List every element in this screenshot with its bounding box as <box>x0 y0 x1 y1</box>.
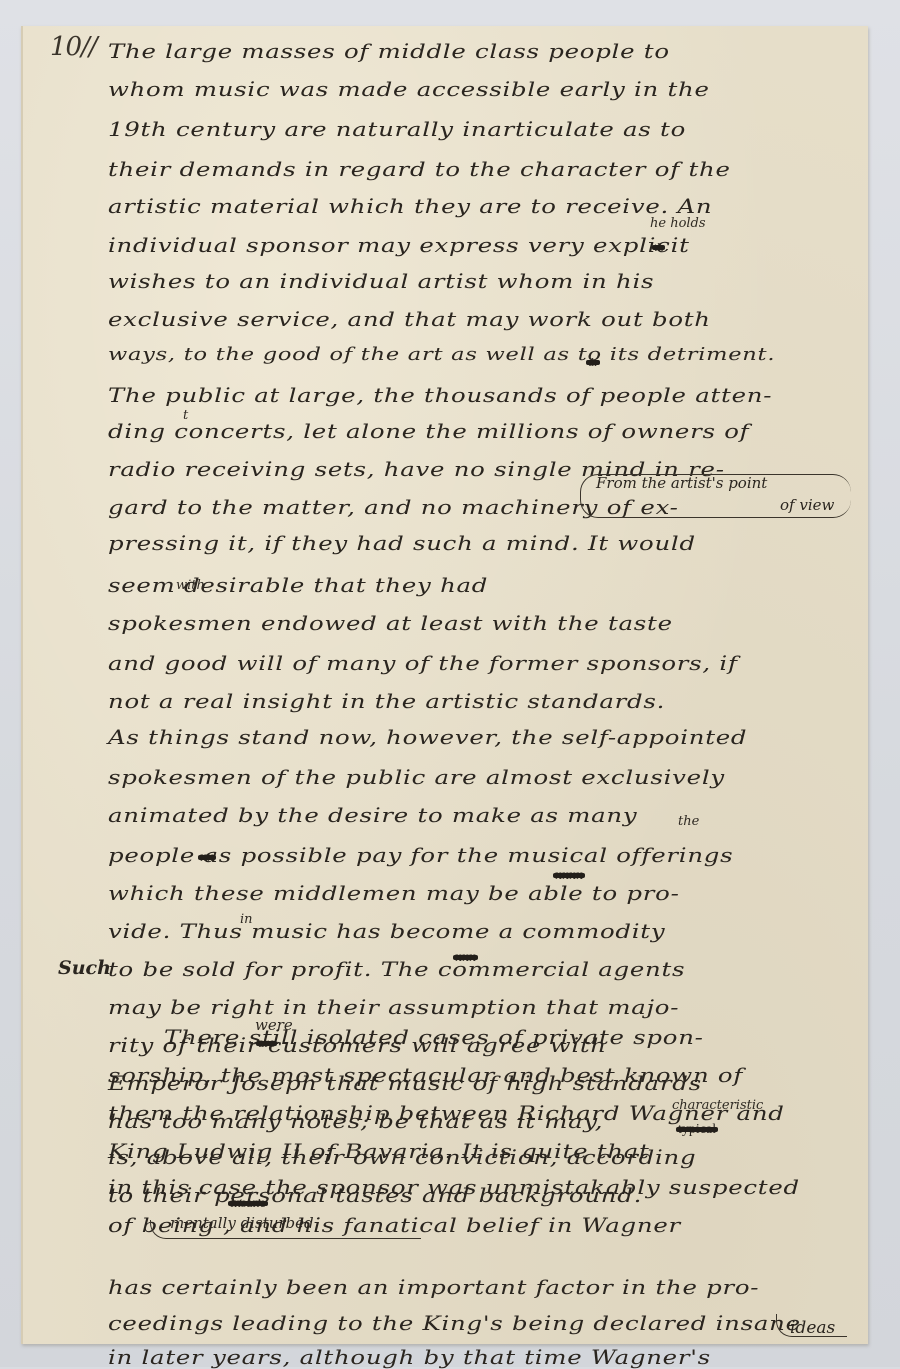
margin-note-such: Such <box>58 957 111 979</box>
line-4: their demands in regard to the character… <box>108 158 731 181</box>
line-10: The public at large, the thousands of pe… <box>108 384 772 407</box>
line-23: which these middlemen may be able to pro… <box>108 882 680 905</box>
mentally-disturbed-underline <box>150 1220 421 1239</box>
line-15: seem desirable that they had <box>108 574 488 597</box>
strikeout-people: dr <box>588 355 598 370</box>
line-38: has certainly been an important factor i… <box>108 1276 759 1299</box>
page-number-value: 10 <box>50 32 81 62</box>
page-mark: // <box>81 32 97 62</box>
insert-attending-mark: t <box>183 408 188 423</box>
insert-with: with <box>176 578 205 593</box>
note-artists-point-1: From the artist's point <box>596 474 767 492</box>
strikeout-whom-mark: th <box>654 240 663 255</box>
line-21: animated by the desire to make as many <box>108 804 637 827</box>
line-19: As things stand now, however, the self-a… <box>108 726 747 749</box>
strikeout-insane: insane <box>230 1196 266 1212</box>
line-39: ceedings leading to the King's being dec… <box>108 1312 801 1335</box>
line-14: pressing it, if they had such a mind. It… <box>108 532 696 555</box>
line-35: King Ludwig II of Bavaria. It is quite t… <box>108 1140 650 1163</box>
line-5: artistic material which they are to rece… <box>108 195 712 218</box>
insert-he-holds: he holds <box>650 216 706 231</box>
line-33: sorship, the most spectacular and best k… <box>108 1064 743 1087</box>
strikeout-rather: xxxx <box>555 868 583 884</box>
insert-characteristic: characteristic <box>672 1098 763 1113</box>
page-number: 10// <box>50 32 97 62</box>
line-25: to be sold for profit. The commercial ag… <box>108 958 685 981</box>
line-2: whom music was made accessible early in … <box>108 78 710 101</box>
line-32: There still isolated cases of private sp… <box>164 1026 704 1049</box>
insert-in-mark: in <box>240 912 253 927</box>
note-artists-point-2: of view <box>780 496 834 514</box>
insert-the: the <box>678 814 699 829</box>
line-9: ways, to the good of the art as well as … <box>108 344 775 365</box>
line-11: ding concerts, let alone the millions of… <box>108 420 749 443</box>
line-8: exclusive service, and that may work out… <box>108 308 711 331</box>
line-1: The large masses of middle class people … <box>108 40 670 63</box>
strikeout-this: xxx <box>455 950 476 966</box>
line-18: not a real insight in the artistic stand… <box>108 690 665 713</box>
strikeout-typical: typical <box>678 1122 716 1138</box>
line-24: vide. Thus music has become a commodity <box>108 920 665 943</box>
ideas-bracket <box>776 1314 847 1337</box>
strikeout-it: xx <box>200 850 214 866</box>
line-6: individual sponsor may express very expl… <box>108 234 690 257</box>
line-3: 19th century are naturally inarticulate … <box>108 118 686 141</box>
insert-were: were <box>255 1016 293 1034</box>
line-17: and good will of many of the former spon… <box>108 652 738 675</box>
line-40: in later years, although by that time Wa… <box>108 1346 711 1367</box>
line-7: wishes to an individual artist whom in h… <box>108 270 654 293</box>
strikeout-are: are <box>258 1036 275 1052</box>
line-20: spokesmen of the public are almost exclu… <box>108 766 725 789</box>
line-36: in this case the sponsor was unmistakabl… <box>108 1176 800 1199</box>
line-26: may be right in their assumption that ma… <box>108 996 679 1019</box>
line-16: spokesmen endowed at least with the tast… <box>108 612 673 635</box>
